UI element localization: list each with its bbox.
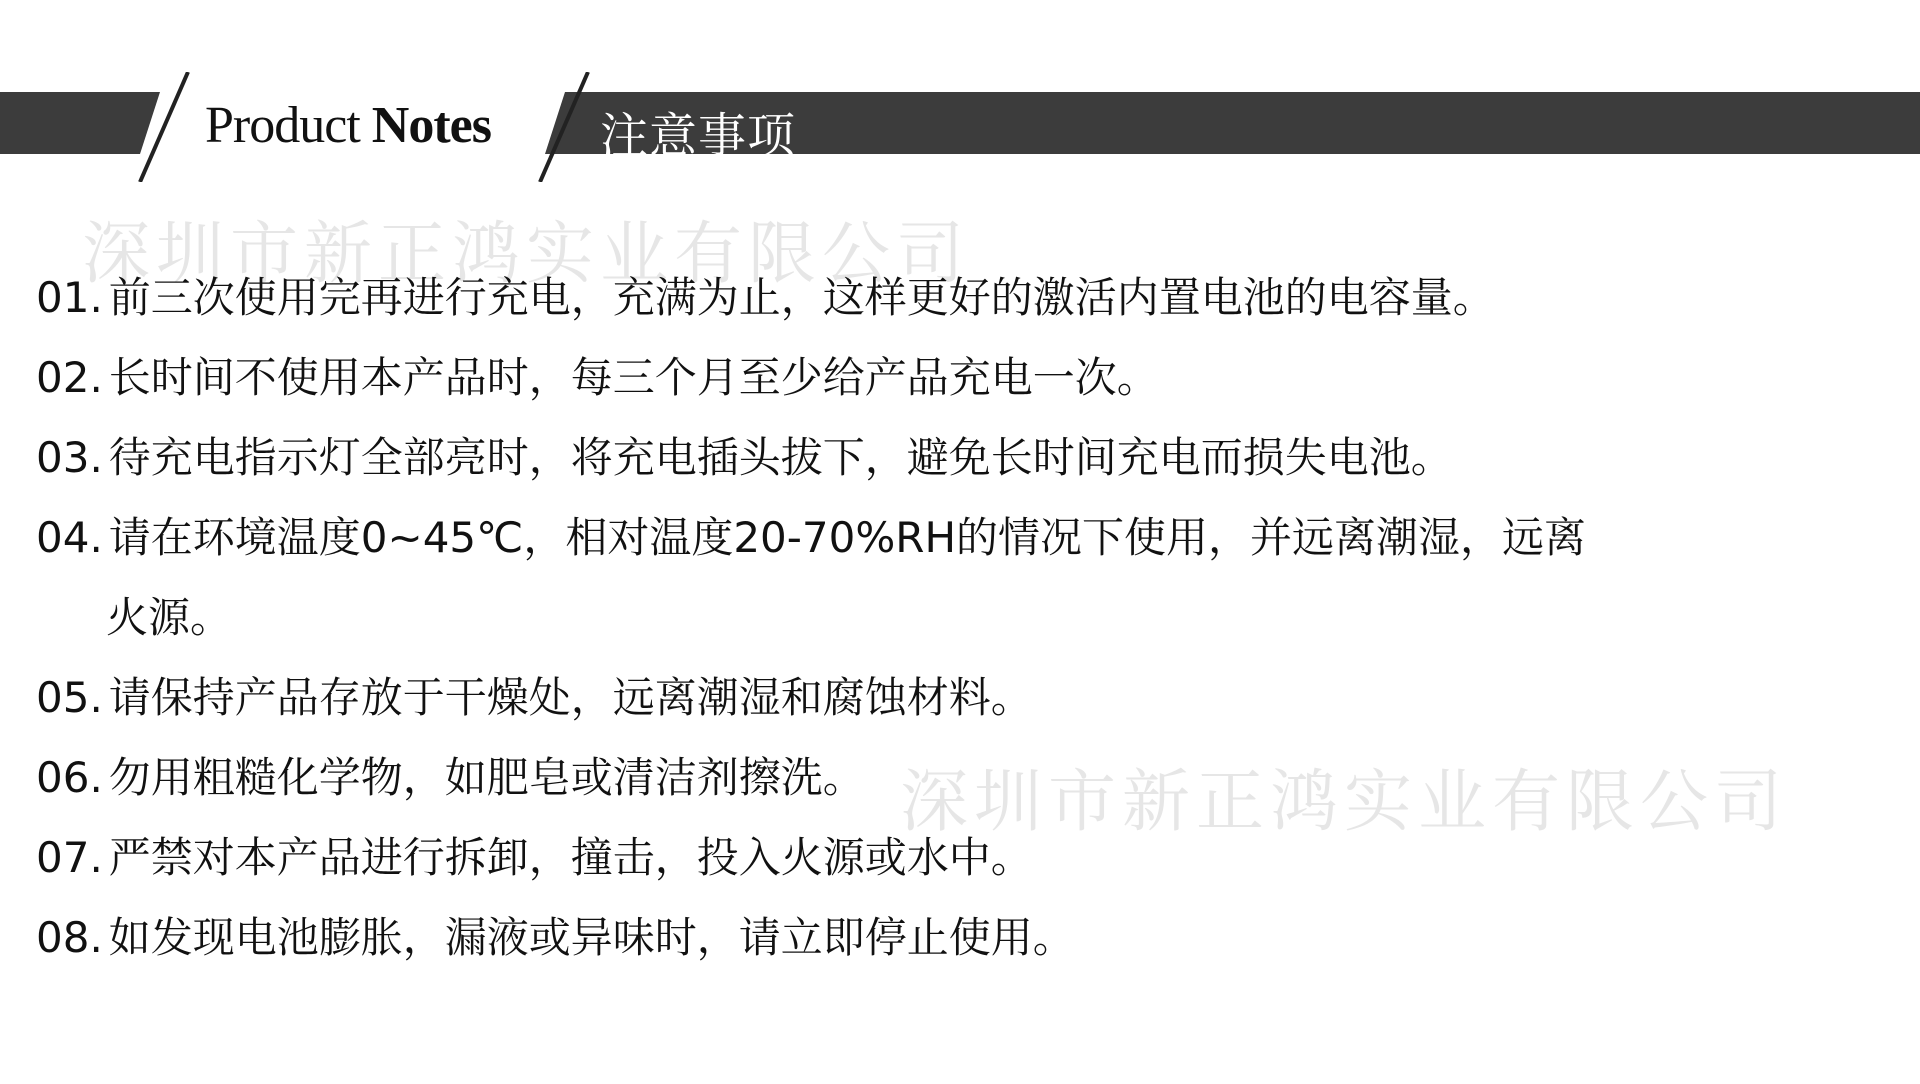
- note-number: 06.: [36, 738, 103, 818]
- note-number: 02.: [36, 338, 103, 418]
- note-text: 请在环境温度0~45℃，相对温度20-70%RH的情况下使用，并远离潮湿，远离: [109, 513, 1586, 562]
- note-number: 07.: [36, 818, 103, 898]
- note-text: 请保持产品存放于干燥处，远离潮湿和腐蚀材料。: [109, 673, 1033, 722]
- note-item-06: 06.勿用粗糙化学物，如肥皂或清洁剂擦洗。: [36, 738, 1906, 818]
- note-text: 待充电指示灯全部亮时，将充电插头拔下，避免长时间充电而损失电池。: [109, 433, 1453, 482]
- title-en-bold: Notes: [372, 97, 491, 154]
- note-text: 前三次使用完再进行充电，充满为止，这样更好的激活内置电池的电容量。: [109, 273, 1495, 322]
- note-text: 如发现电池膨胀，漏液或异味时，请立即停止使用。: [109, 913, 1075, 962]
- note-item-03: 03.待充电指示灯全部亮时，将充电插头拔下，避免长时间充电而损失电池。: [36, 418, 1906, 498]
- note-text: 勿用粗糙化学物，如肥皂或清洁剂擦洗。: [109, 753, 865, 802]
- title-en-regular: Product: [205, 97, 372, 154]
- notes-list: 01.前三次使用完再进行充电，充满为止，这样更好的激活内置电池的电容量。 02.…: [36, 258, 1906, 978]
- note-item-02: 02.长时间不使用本产品时，每三个月至少给产品充电一次。: [36, 338, 1906, 418]
- note-item-01: 01.前三次使用完再进行充电，充满为止，这样更好的激活内置电池的电容量。: [36, 258, 1906, 338]
- note-item-04: 04.请在环境温度0~45℃，相对温度20-70%RH的情况下使用，并远离潮湿，…: [36, 498, 1906, 658]
- note-text: 长时间不使用本产品时，每三个月至少给产品充电一次。: [109, 353, 1159, 402]
- note-number: 05.: [36, 658, 103, 738]
- section-title-en: Product Notes: [205, 96, 491, 155]
- note-number: 08.: [36, 898, 103, 978]
- note-item-05: 05.请保持产品存放于干燥处，远离潮湿和腐蚀材料。: [36, 658, 1906, 738]
- note-item-07: 07.严禁对本产品进行拆卸，撞击，投入火源或水中。: [36, 818, 1906, 898]
- note-text-continuation: 火源。: [36, 578, 1906, 658]
- note-text: 严禁对本产品进行拆卸，撞击，投入火源或水中。: [109, 833, 1033, 882]
- note-number: 04.: [36, 498, 103, 578]
- note-item-08: 08.如发现电池膨胀，漏液或异味时，请立即停止使用。: [36, 898, 1906, 978]
- note-number: 01.: [36, 258, 103, 338]
- section-title-cn: 注意事项: [600, 97, 796, 166]
- note-number: 03.: [36, 418, 103, 498]
